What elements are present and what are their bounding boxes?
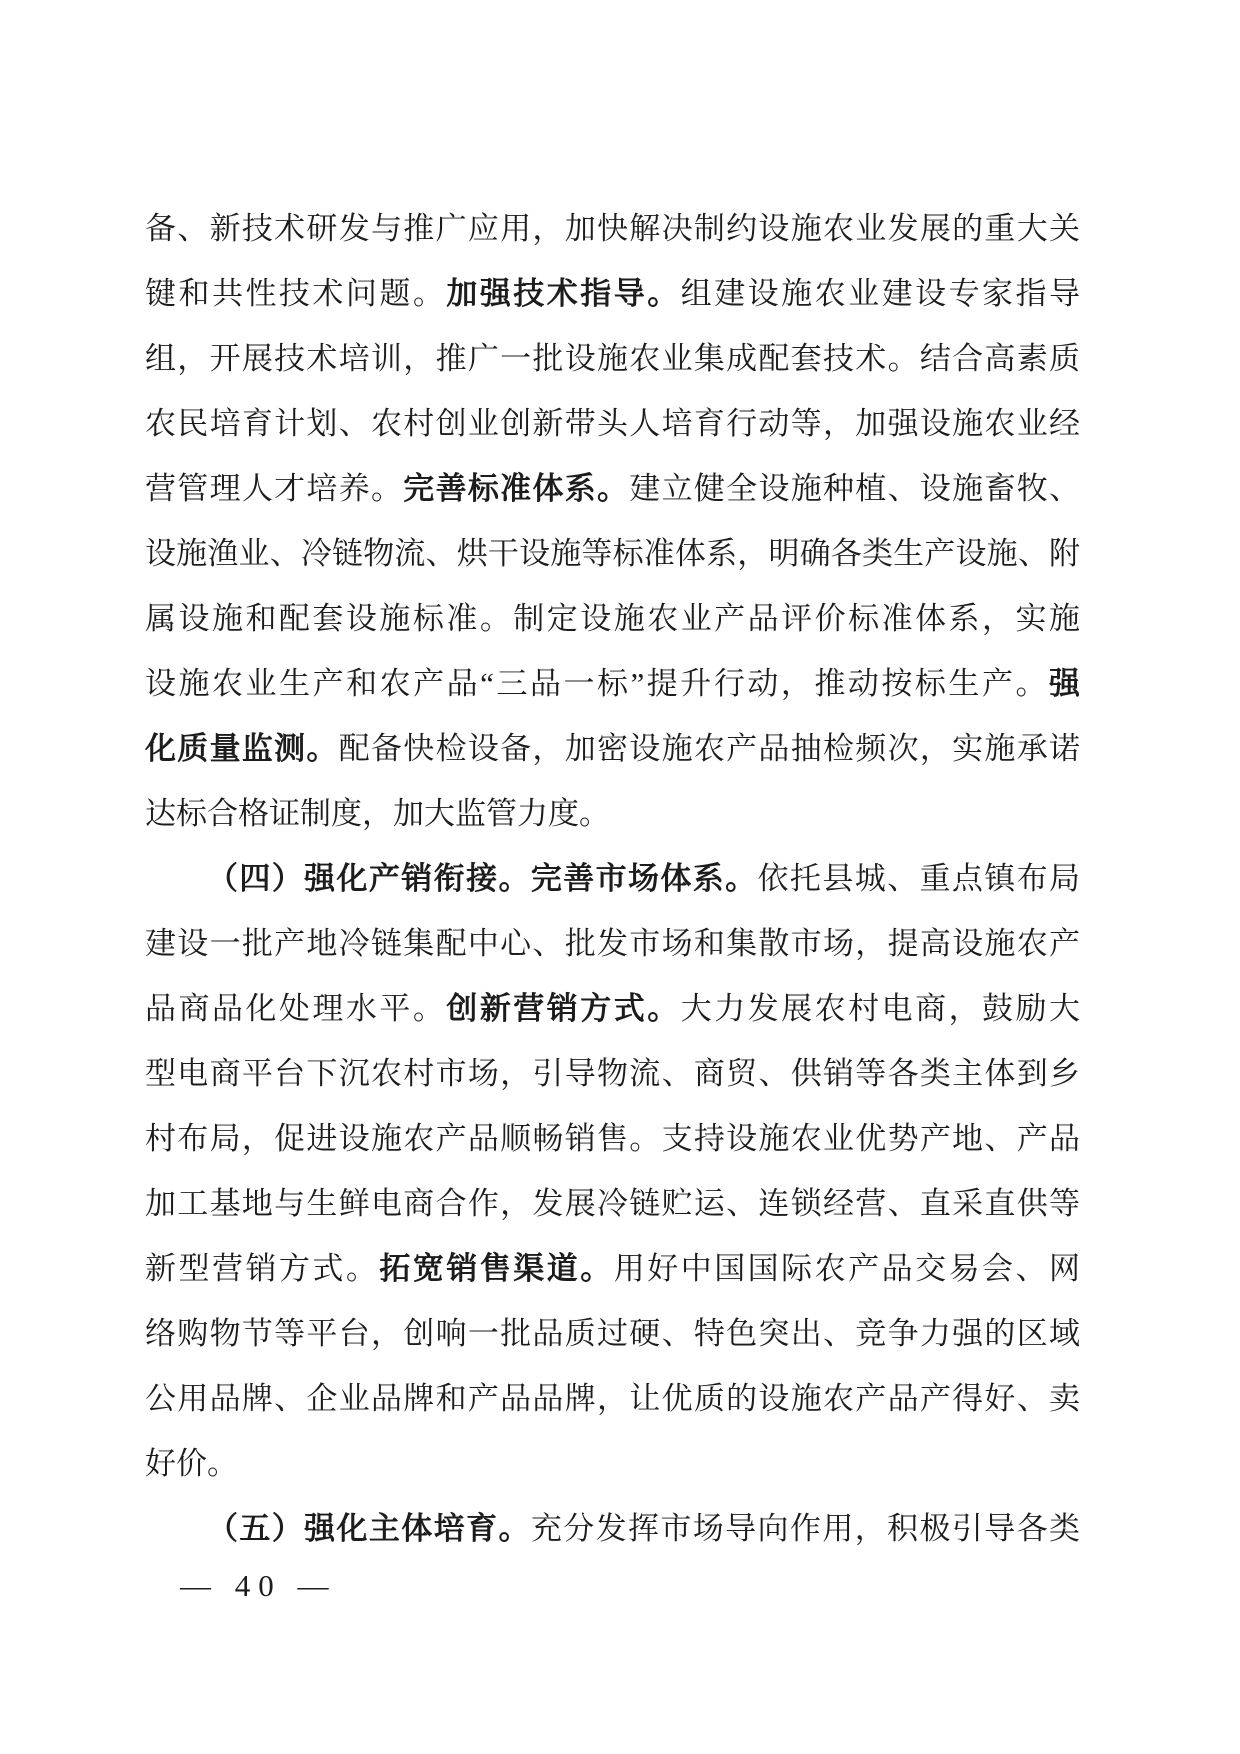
text-run: 型电商平台下沉农村市场，引导物流、商贸、供销等各类主体到乡 [145,1056,1080,1091]
text-line: （五）强化主体培育。充分发挥市场导向作用，积极引导各类 [145,1496,1080,1561]
text-run: 用好中国国际农产品交易会、网 [614,1251,1080,1286]
text-run: 键和共性技术问题。 [145,276,446,311]
text-line: 营管理人才培养。完善标准体系。建立健全设施种植、设施畜牧、 [145,456,1080,521]
text-run: 品商品化处理水平。 [145,991,446,1026]
bold-text-run: 拓宽销售渠道。 [379,1251,613,1286]
text-line: 络购物节等平台，创响一批品质过硬、特色突出、竞争力强的区域 [145,1301,1080,1366]
document-page: 备、新技术研发与推广应用，加快解决制约设施农业发展的重大关键和共性技术问题。加强… [0,0,1240,1754]
bold-text-run: （四）强化产销衔接。完善市场体系。 [207,861,758,896]
text-run: 设施农业生产和农产品“三品一标”提升行动，推动按标生产。 [145,666,1049,701]
text-line: 加工基地与生鲜电商合作，发展冷链贮运、连锁经营、直采直供等 [145,1171,1080,1236]
text-line: 键和共性技术问题。加强技术指导。组建设施农业建设专家指导 [145,261,1080,326]
bold-text-run: 完善标准体系。 [403,471,629,506]
text-line: 化质量监测。配备快检设备，加密设施农产品抽检频次，实施承诺 [145,716,1080,781]
bold-text-run: （五）强化主体培育。 [207,1511,531,1546]
text-line: 设施农业生产和农产品“三品一标”提升行动，推动按标生产。强 [145,651,1080,716]
text-run: 络购物节等平台，创响一批品质过硬、特色突出、竞争力强的区域 [145,1316,1080,1351]
text-run: 充分发挥市场导向作用，积极引导各类 [531,1511,1080,1546]
text-line: （四）强化产销衔接。完善市场体系。依托县城、重点镇布局 [145,846,1080,911]
text-line: 品商品化处理水平。创新营销方式。大力发展农村电商，鼓励大 [145,976,1080,1041]
page-footer: — 40 — [180,1566,337,1606]
text-line: 达标合格证制度，加大监管力度。 [145,781,1080,846]
text-run: 达标合格证制度，加大监管力度。 [145,796,610,831]
text-run: 属设施和配套设施标准。制定设施农业产品评价标准体系，实施 [145,601,1080,636]
text-run: 公用品牌、企业品牌和产品品牌，让优质的设施农产品产得好、卖 [145,1381,1080,1416]
text-run: 加工基地与生鲜电商合作，发展冷链贮运、连锁经营、直采直供等 [145,1186,1080,1221]
text-run: 建立健全设施种植、设施畜牧、 [629,471,1080,506]
text-run: 新型营销方式。 [145,1251,379,1286]
paragraph: （四）强化产销衔接。完善市场体系。依托县城、重点镇布局建设一批产地冷链集配中心、… [145,846,1080,1496]
text-run: 依托县城、重点镇布局 [758,861,1080,896]
text-line: 属设施和配套设施标准。制定设施农业产品评价标准体系，实施 [145,586,1080,651]
text-run: 组，开展技术培训，推广一批设施农业集成配套技术。结合高素质 [145,341,1080,376]
paragraph: （五）强化主体培育。充分发挥市场导向作用，积极引导各类 [145,1496,1080,1561]
text-run: 建设一批产地冷链集配中心、批发市场和集散市场，提高设施农产 [145,926,1080,961]
text-run: 设施渔业、冷链物流、烘干设施等标准体系，明确各类生产设施、附 [145,536,1080,571]
text-line: 好价。 [145,1431,1080,1496]
text-line: 组，开展技术培训，推广一批设施农业集成配套技术。结合高素质 [145,326,1080,391]
text-run: 大力发展农村电商，鼓励大 [681,991,1080,1026]
text-run: 组建设施农业建设专家指导 [681,276,1080,311]
text-line: 公用品牌、企业品牌和产品品牌，让优质的设施农产品产得好、卖 [145,1366,1080,1431]
text-line: 农民培育计划、农村创业创新带头人培育行动等，加强设施农业经 [145,391,1080,456]
text-run: 配备快检设备，加密设施农产品抽检频次，实施承诺 [339,731,1080,766]
text-run: 村布局，促进设施农产品顺畅销售。支持设施农业优势产地、产品 [145,1121,1080,1156]
bold-text-run: 加强技术指导。 [446,276,680,311]
text-line: 型电商平台下沉农村市场，引导物流、商贸、供销等各类主体到乡 [145,1041,1080,1106]
text-run: 好价。 [145,1446,238,1481]
bold-text-run: 强 [1049,666,1080,701]
paragraph: 备、新技术研发与推广应用，加快解决制约设施农业发展的重大关键和共性技术问题。加强… [145,196,1080,846]
bold-text-run: 创新营销方式。 [446,991,680,1026]
text-run: 营管理人才培养。 [145,471,403,506]
text-line: 设施渔业、冷链物流、烘干设施等标准体系，明确各类生产设施、附 [145,521,1080,586]
text-run: 农民培育计划、农村创业创新带头人培育行动等，加强设施农业经 [145,406,1080,441]
page-number: — 40 — [180,1568,337,1603]
bold-text-run: 化质量监测。 [145,731,339,766]
text-line: 备、新技术研发与推广应用，加快解决制约设施农业发展的重大关 [145,196,1080,261]
text-line: 村布局，促进设施农产品顺畅销售。支持设施农业优势产地、产品 [145,1106,1080,1171]
document-body: 备、新技术研发与推广应用，加快解决制约设施农业发展的重大关键和共性技术问题。加强… [145,196,1080,1561]
text-line: 建设一批产地冷链集配中心、批发市场和集散市场，提高设施农产 [145,911,1080,976]
text-line: 新型营销方式。拓宽销售渠道。用好中国国际农产品交易会、网 [145,1236,1080,1301]
text-run: 备、新技术研发与推广应用，加快解决制约设施农业发展的重大关 [145,211,1080,246]
